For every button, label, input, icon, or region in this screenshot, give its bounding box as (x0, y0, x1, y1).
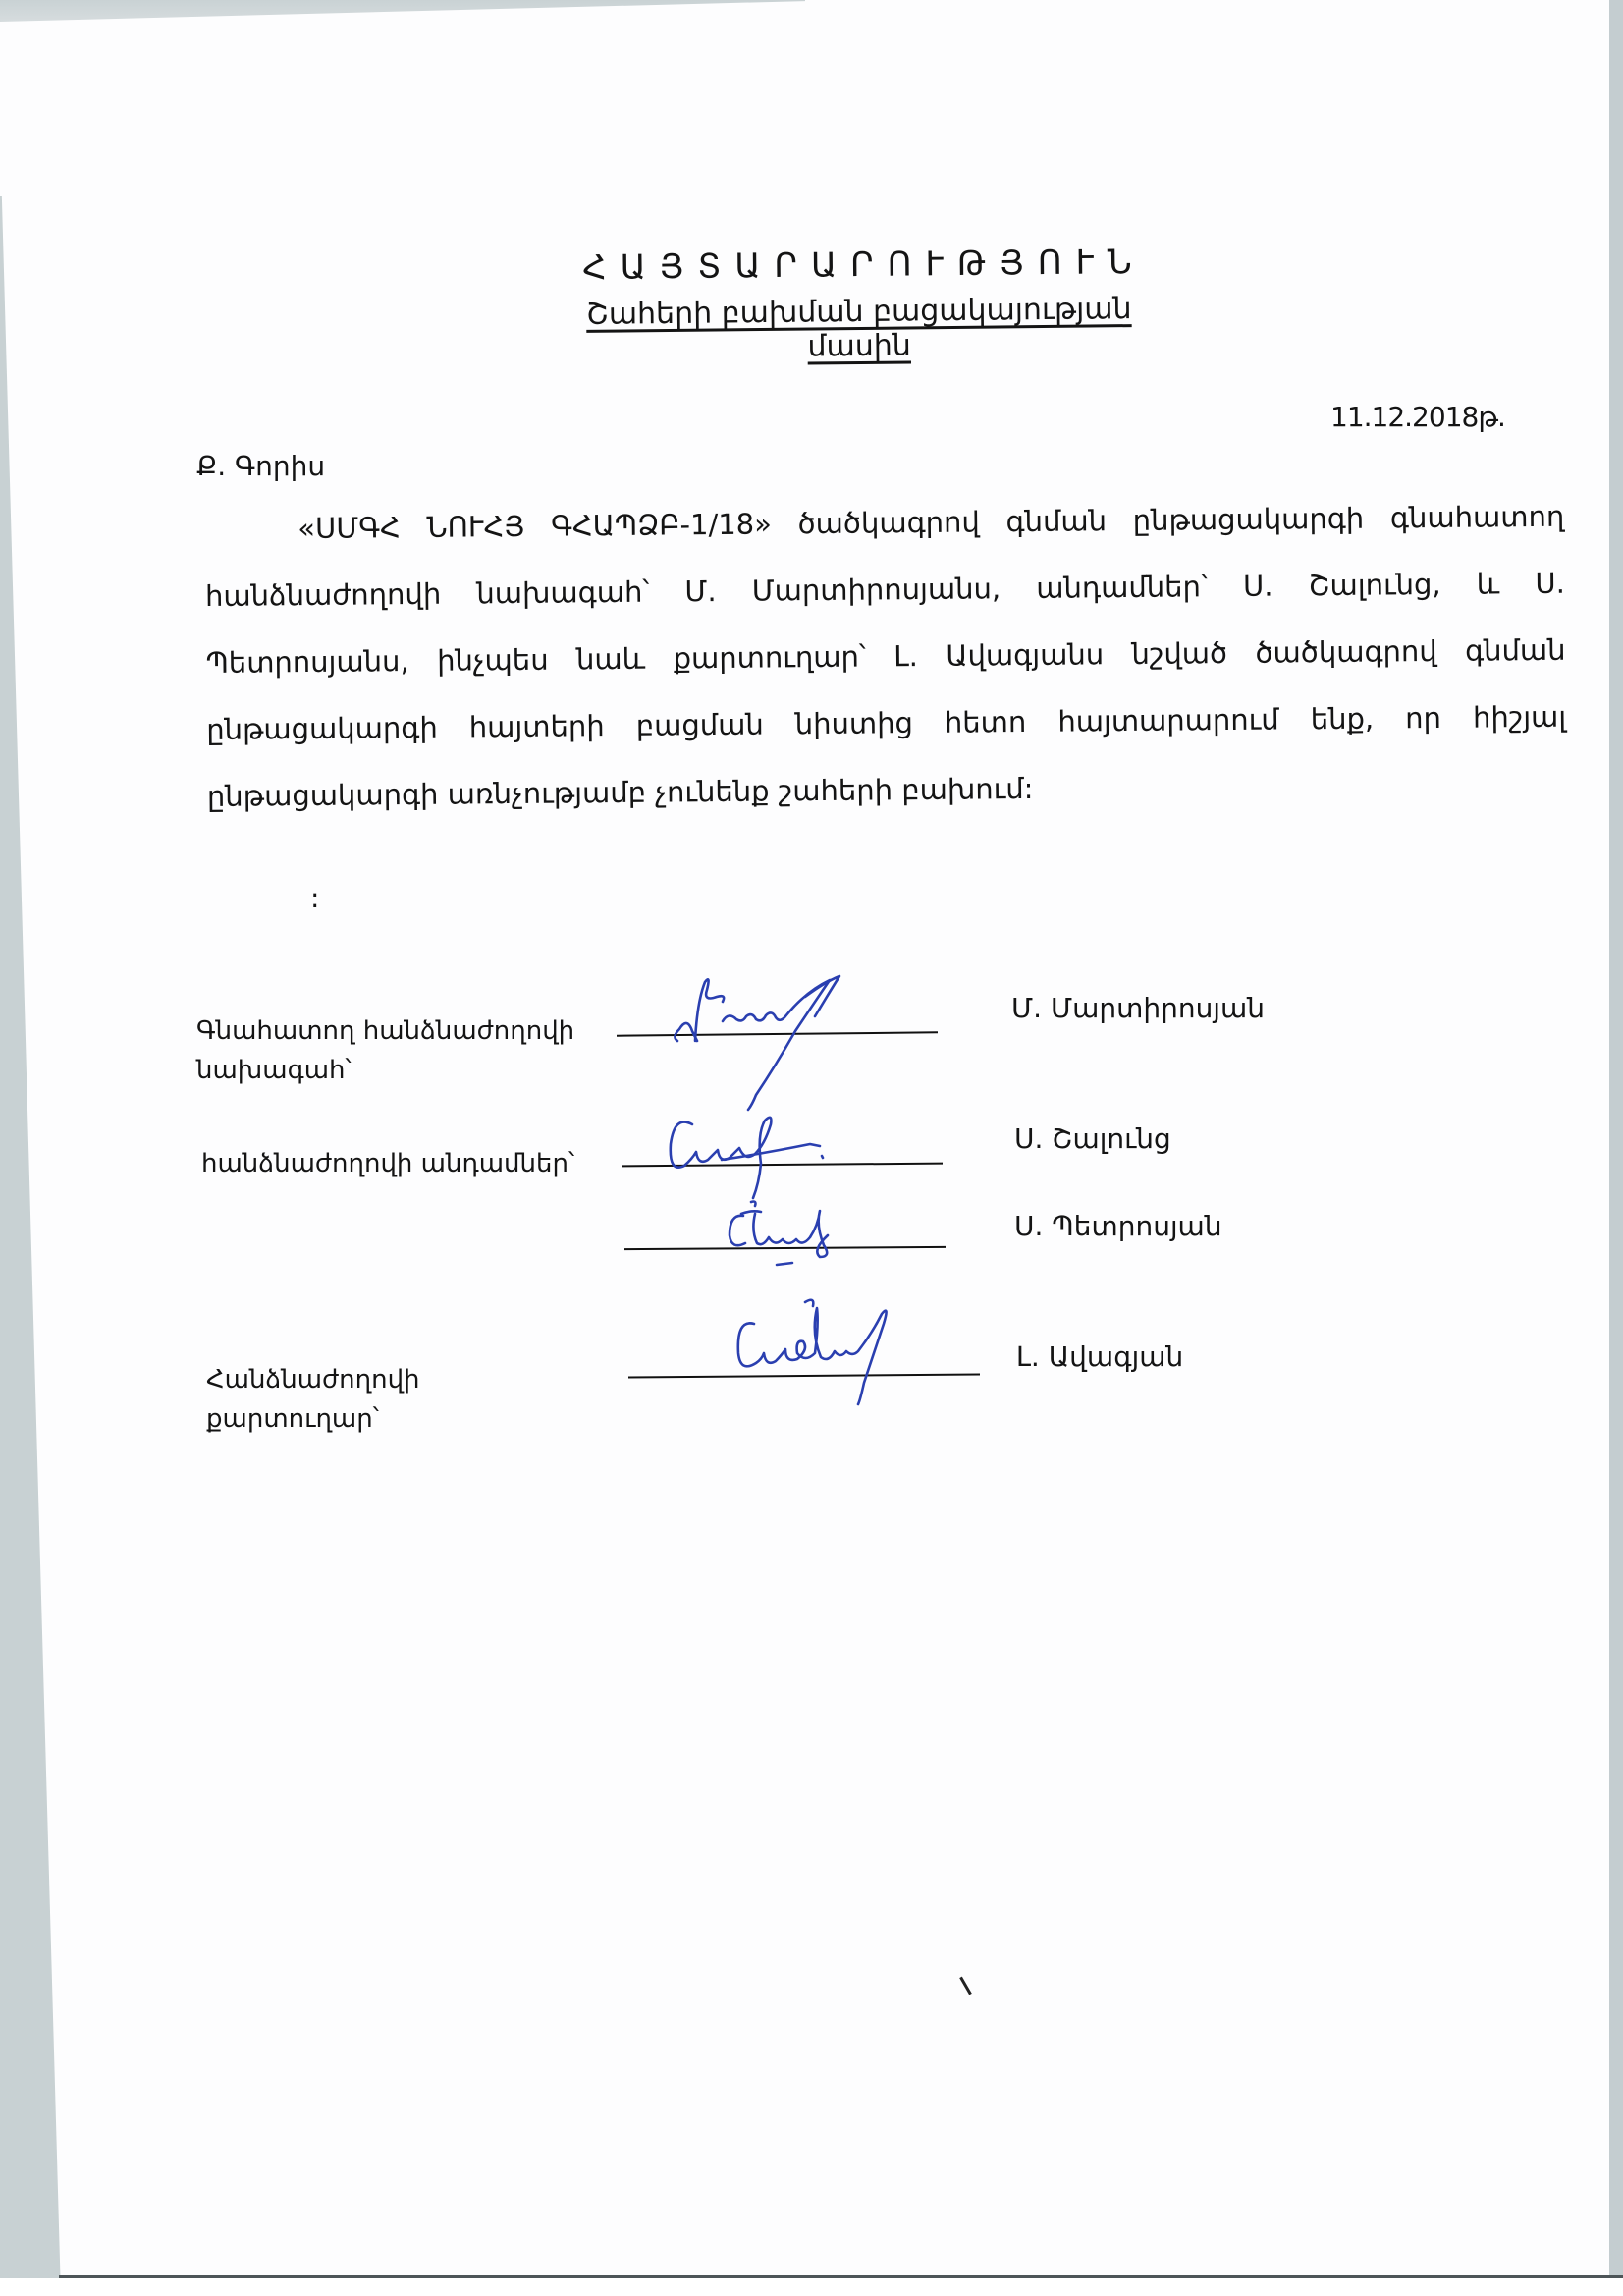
signature-member-2-icon (722, 1196, 869, 1280)
signature-name-member-2: Ս. Պետրոսյան (1014, 1210, 1222, 1242)
signature-role-chairman: Գնահատող հանձնաժողովի նախագահ՝ (196, 1011, 609, 1090)
document-page: ՀԱՅՏԱՐԱՐՈՒԹՅՈՒՆ Շահերի բախման բացակայութ… (0, 0, 1623, 2296)
document-location: Ք. Գորիս (196, 450, 325, 482)
document-title: ՀԱՅՏԱՐԱՐՈՒԹՅՈՒՆ (550, 243, 1178, 289)
document-date: 11.12.2018թ. (1330, 401, 1505, 433)
signature-chairman-icon (658, 972, 913, 1120)
signature-name-chairman: Մ. Մարտիրոսյան (1011, 992, 1265, 1024)
signature-role-members: հանձնաժողովի անդամներ՝ (201, 1144, 614, 1183)
stray-colon: : (310, 882, 319, 914)
signature-role-secretary: Հանձնաժողովի քարտուղար՝ (206, 1360, 501, 1439)
declaration-body: «ՍՄԳՀ ՆՈՒՀՅ ԳՀԱՊՁԲ-1/18» ծածկագրով գնման… (204, 483, 1567, 830)
signature-name-secretary: Լ. Ավագյան (1016, 1340, 1183, 1373)
document-subtitle: Շահերի բախման բացակայության մասին (535, 292, 1184, 367)
signature-name-member-1: Ս. Շալունց (1014, 1122, 1171, 1155)
signature-secretary-icon (727, 1294, 903, 1412)
stray-pen-mark (959, 1977, 972, 1995)
